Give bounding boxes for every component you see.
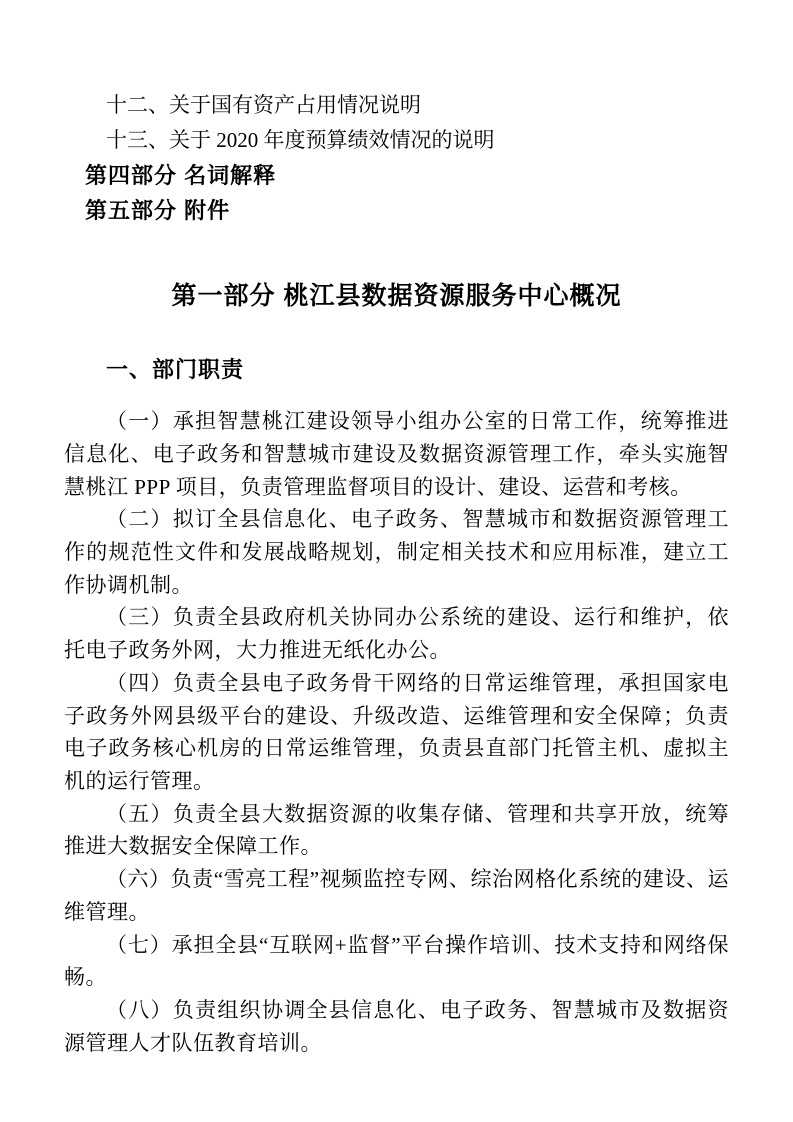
duty-paragraph-6: （六）负责“雪亮工程”视频监控专网、综治网格化系统的建设、运维管理。 [64, 863, 729, 928]
toc-entry-item-12: 十二、关于国有资产占用情况说明 [64, 88, 729, 123]
duties-body: （一）承担智慧桃江建设领导小组办公室的日常工作，统筹推进信息化、电子政务和智慧城… [64, 405, 729, 1059]
duty-paragraph-8: （八）负责组织协调全县信息化、电子政务、智慧城市及数据资源管理人才队伍教育培训。 [64, 994, 729, 1059]
duty-paragraph-5: （五）负责全县大数据资源的收集存储、管理和共享开放，统筹推进大数据安全保障工作。 [64, 798, 729, 863]
toc-entry-part-5: 第五部分 附件 [64, 193, 729, 228]
duty-paragraph-2: （二）拟订全县信息化、电子政务、智慧城市和数据资源管理工作的规范性文件和发展战略… [64, 503, 729, 601]
duty-paragraph-3: （三）负责全县政府机关协同办公系统的建设、运行和维护，依托电子政务外网，大力推进… [64, 601, 729, 666]
document-page: 十二、关于国有资产占用情况说明 十三、关于 2020 年度预算绩效情况的说明 第… [0, 0, 793, 1122]
department-duties-heading: 一、部门职责 [64, 352, 729, 387]
toc-entry-item-13: 十三、关于 2020 年度预算绩效情况的说明 [64, 123, 729, 158]
toc-entry-part-4: 第四部分 名词解释 [64, 158, 729, 193]
part-1-heading: 第一部分 桃江县数据资源服务中心概况 [64, 276, 729, 316]
duty-paragraph-7: （七）承担全县“互联网+监督”平台操作培训、技术支持和网络保畅。 [64, 929, 729, 994]
duty-paragraph-1: （一）承担智慧桃江建设领导小组办公室的日常工作，统筹推进信息化、电子政务和智慧城… [64, 405, 729, 503]
toc-trailing-entries: 十二、关于国有资产占用情况说明 十三、关于 2020 年度预算绩效情况的说明 第… [64, 88, 729, 228]
duty-paragraph-4: （四）负责全县电子政务骨干网络的日常运维管理，承担国家电子政务外网县级平台的建设… [64, 667, 729, 798]
